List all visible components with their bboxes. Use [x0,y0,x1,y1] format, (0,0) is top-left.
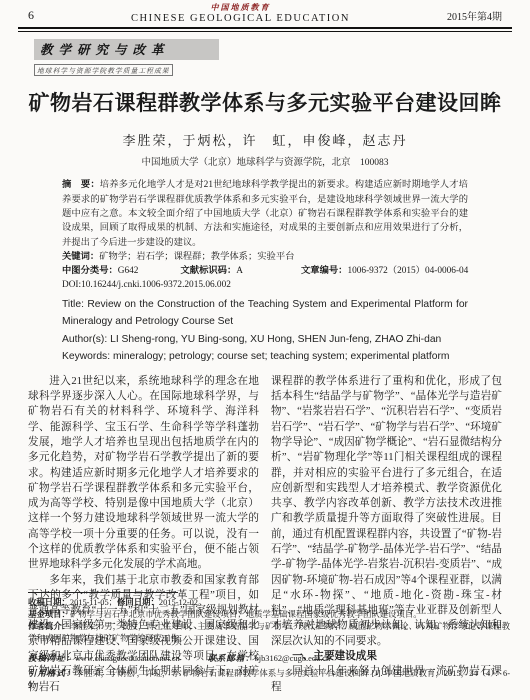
doi-row: DOI:10.16244/j.cnki.1006-9372.2015.06.00… [62,278,468,292]
article-authors: 李胜荣，于炳松，许 虹，申俊峰，赵志丹 [18,130,512,149]
bio-label: 作者简介： [28,622,70,631]
article-title: 矿物岩石课程群教学体系与多元实验平台建设回眸 [18,87,512,117]
site-label: 投稿网址： [28,654,75,663]
classification-row: 中图分类号：G642 文献标识码：A 文章编号：1006-9372（2015）0… [62,264,468,278]
column-stamp: 教学研究与改革 地球科学与资源学院教学质量工程成果 [34,39,219,78]
revised-label: 修回日期： [117,598,159,607]
clc-value: G642 [118,266,139,276]
email-segment: 联系邮箱：bjb3162@cugb.edu.cn [208,654,331,663]
abstract-block: 摘 要：培养多元化地学人才是对21世纪地球科学教学提出的新要求。构建适应新时期地… [62,178,468,292]
english-title-label: Title: [62,299,84,310]
clc-label: 中图分类号： [62,266,118,276]
dates-row: 收稿日期：2015-11-05；修回日期：2015-12-02。 [28,597,510,609]
bio-text: 李胜荣，男，教授，博士生导师，主要从事结晶学与矿物学、现代矿物学、成因矿物学概论… [28,622,510,643]
english-authors-text: LI Sheng-rong, YU Bing-song, XU Hong, SH… [110,334,441,345]
doc-code-label: 文献标识码： [180,266,236,276]
received-date: 2015-11-05； [70,598,117,607]
footnote-block: 收稿日期：2015-11-05；修回日期：2015-12-02。 基金项目：矿物… [28,592,510,692]
footnote-rule [28,592,178,593]
citation-label: 引用格式： [28,669,75,678]
abstract-label: 摘 要： [62,180,100,190]
english-authors-label: Author(s): [62,334,107,345]
clc-segment: 中图分类号：G642 [62,264,138,278]
fund-text: 矿物学与岩石学北京市优秀教学团队建设项目；地质学基础课程国家级优秀教学团队建设项… [70,610,422,619]
abstract-row: 摘 要：培养多元化地学人才是对21世纪地球科学教学提出的新要求。构建适应新时期地… [62,178,468,249]
english-keywords-text: mineralogy; petrology; course set; teach… [113,351,450,362]
article-id-segment: 文章编号：1006-9372（2015）04-0006-04 [301,264,468,278]
email-label: 联系邮箱： [208,654,255,663]
running-head: 6 中国地质教育 CHINESE GEOLOGICAL EDUCATION 20… [18,4,512,24]
english-title-row: Title: Review on the Construction of the… [62,296,468,331]
journal-page: 6 中国地质教育 CHINESE GEOLOGICAL EDUCATION 20… [0,0,530,700]
issue-label: 2015年第4期 [447,8,502,24]
english-keywords-label: Keywords: [62,351,110,362]
column-stamp-title: 教学研究与改革 [34,39,219,60]
fund-label: 基金项目： [28,610,70,619]
header-double-rule [18,27,512,32]
bio-row: 作者简介：李胜荣，男，教授，博士生导师，主要从事结晶学与矿物学、现代矿物学、成因… [28,621,510,645]
english-meta-block: Title: Review on the Construction of the… [62,296,468,366]
english-keywords-row: Keywords: mineralogy; petrology; course … [62,348,468,366]
site-url: www.chinageoeducation.net.cn [75,654,180,663]
contact-row: 投稿网址：www.chinageoeducation.net.cn联系邮箱：bj… [28,653,510,665]
citation-row: 引用格式：李胜荣，于炳松 ，许虹，等. 矿物岩石课程群教学体系与多元实验平台建设… [28,668,510,692]
abstract-text: 培养多元化地学人才是对21世纪地球科学教学提出的新要求。构建适应新时期地学人才培… [62,180,468,247]
journal-masthead: 中国地质教育 CHINESE GEOLOGICAL EDUCATION [34,4,447,24]
english-authors-row: Author(s): LI Sheng-rong, YU Bing-song, … [62,331,468,349]
article-id-value: 1006-9372（2015）04-0006-04 [347,266,468,276]
body-paragraph: 进入21世纪以来，系统地球科学的理念在地球科学界逐步深入人心。在国际地球科学界，… [28,374,259,573]
fund-row: 基金项目：矿物学与岩石学北京市优秀教学团队建设项目；地质学基础课程国家级优秀教学… [28,609,510,621]
doc-code-value: A [236,266,243,276]
received-label: 收稿日期： [28,598,70,607]
citation-text: 李胜荣，于炳松 ，许虹，等. 矿物岩石课程群教学体系与多元实验平台建设回眸 [J… [28,669,510,690]
journal-name-chinese: 中国地质教育 [34,4,447,13]
column-stamp-subtitle: 地球科学与资源学院教学质量工程成果 [34,64,173,76]
email-address: bjb3162@cugb.edu.cn [255,654,331,663]
keywords-text: 矿物学；岩石学；课程群；教学体系；实验平台 [99,252,294,262]
english-title-text: Review on the Construction of the Teachi… [62,299,468,328]
keywords-label: 关键词： [62,252,99,262]
article-affiliation: 中国地质大学（北京）地球科学与资源学院，北京 100083 [18,154,512,168]
doc-code-segment: 文献标识码：A [180,264,243,278]
revised-date: 2015-12-02。 [159,598,206,607]
keywords-row: 关键词：矿物学；岩石学；课程群；教学体系；实验平台 [62,250,468,264]
journal-name-english: CHINESE GEOLOGICAL EDUCATION [34,13,447,25]
article-id-label: 文章编号： [301,266,348,276]
